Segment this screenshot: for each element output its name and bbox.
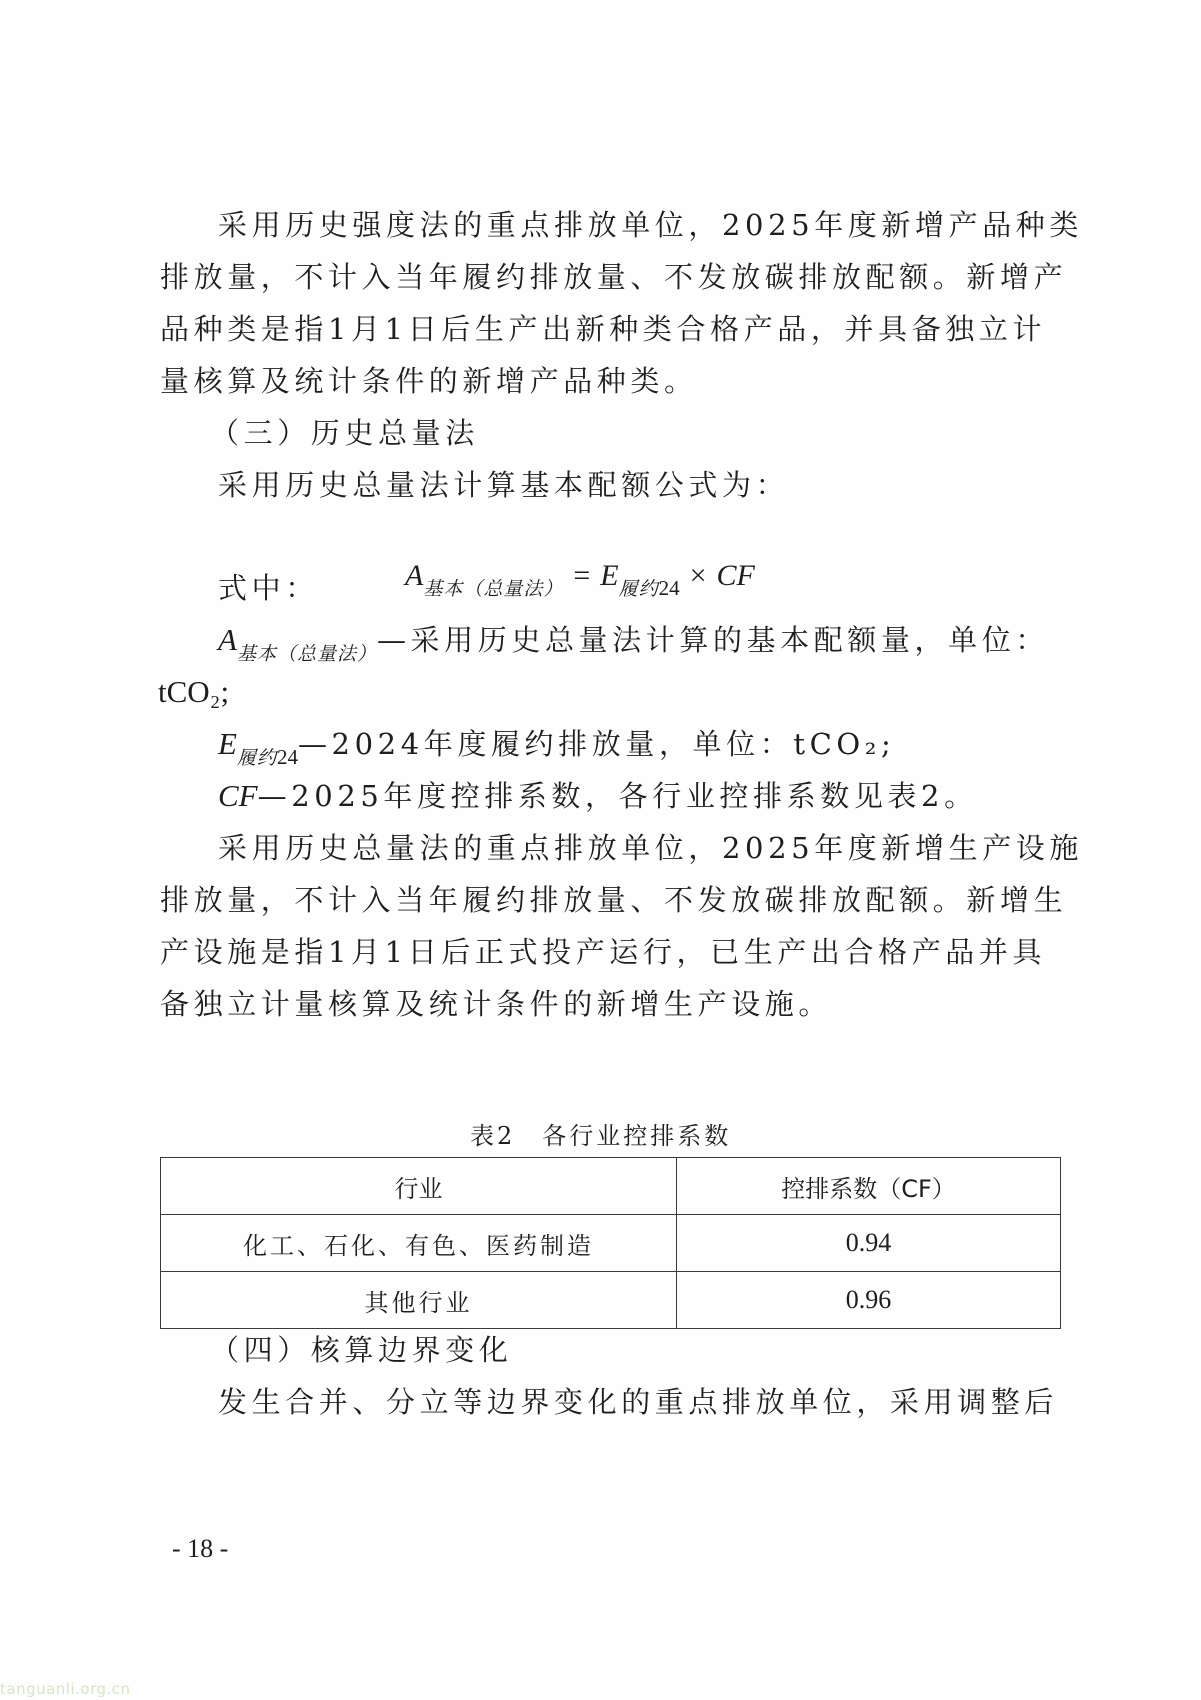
page-number: - 18 -: [172, 1534, 228, 1564]
paragraph1-line3: 品种类是指1月1日后生产出新种类合格产品，并具备独立计: [160, 309, 1046, 349]
definition-e: E履约24—2024年度履约排放量，单位：tCO₂;: [218, 724, 895, 768]
paragraph3-line1: 发生合并、分立等边界变化的重点排放单位，采用调整后: [218, 1382, 1058, 1422]
definition-a-symbol: A: [218, 622, 237, 657]
formula-rhs-e-subscript: 履约: [619, 579, 659, 600]
formula-equals: =: [573, 559, 590, 592]
definition-e-symbol: E: [218, 726, 237, 761]
paragraph1-line2: 排放量，不计入当年履约排放量、不发放碳排放配额。新增产: [160, 257, 1067, 297]
definition-e-subscript-num: 24: [277, 745, 298, 769]
row-cf-value: 0.94: [677, 1215, 1061, 1272]
definition-a-subscript: 基本（总量法）: [237, 643, 377, 665]
formula-rhs-e: E: [600, 559, 618, 592]
paragraph2-line4: 备独立计量核算及统计条件的新增生产设施。: [160, 984, 832, 1024]
formula-lhs: A: [405, 559, 423, 592]
row-industry: 化工、石化、有色、医药制造: [161, 1215, 677, 1272]
row-industry: 其他行业: [161, 1272, 677, 1329]
paragraph2-line1: 采用历史总量法的重点排放单位，2025年度新增生产设施: [218, 828, 1083, 868]
definition-e-text: —2024年度履约排放量，单位：tCO₂;: [298, 727, 895, 761]
table-row: 其他行业 0.96: [161, 1272, 1061, 1329]
definition-a-continuation: tCO₂;: [158, 672, 229, 712]
control-factor-table: 行业 控排系数（CF） 化工、石化、有色、医药制造 0.94 其他行业 0.96: [160, 1157, 1061, 1329]
formula-rhs-cf: CF: [717, 559, 755, 592]
paragraph1-line4: 量核算及统计条件的新增产品种类。: [160, 361, 698, 401]
definition-cf-symbol: CF: [218, 778, 258, 813]
section3-heading: （三）历史总量法: [210, 413, 479, 453]
definition-e-subscript: 履约: [237, 747, 277, 769]
paragraph2-line3: 产设施是指1月1日后正式投产运行，已生产出合格产品并具: [160, 932, 1046, 972]
watermark: tanguanli.org.cn: [0, 1680, 131, 1698]
where-label: 式中：: [218, 568, 319, 608]
table-header-row: 行业 控排系数（CF）: [161, 1158, 1061, 1215]
table-row: 化工、石化、有色、医药制造 0.94: [161, 1215, 1061, 1272]
section4-heading: （四）核算边界变化: [210, 1330, 512, 1370]
formula-intro: 采用历史总量法计算基本配额公式为：: [218, 465, 789, 505]
definition-a: A基本（总量法）—采用历史总量法计算的基本配额量，单位：: [218, 620, 1049, 664]
formula-rhs-e-subscript-num: 24: [659, 576, 680, 600]
row-cf-value: 0.96: [677, 1272, 1061, 1329]
formula-times: ×: [690, 559, 707, 592]
paragraph1-line1: 采用历史强度法的重点排放单位，2025年度新增产品种类: [218, 205, 1083, 245]
header-industry: 行业: [161, 1158, 677, 1215]
allocation-formula: A基本（总量法）=E履约24×CF: [405, 556, 755, 600]
table-caption: 表2 各行业控排系数: [470, 1120, 731, 1152]
formula-lhs-subscript: 基本（总量法）: [423, 579, 563, 600]
definition-a-text: —采用历史总量法计算的基本配额量，单位：: [377, 623, 1049, 657]
definition-cf-text: —2025年度控排系数，各行业控排系数见表2。: [258, 779, 978, 813]
header-cf: 控排系数（CF）: [677, 1158, 1061, 1215]
document-page: 采用历史强度法的重点排放单位，2025年度新增产品种类 排放量，不计入当年履约排…: [0, 0, 1201, 1700]
definition-cf: CF—2025年度控排系数，各行业控排系数见表2。: [218, 776, 978, 816]
paragraph2-line2: 排放量，不计入当年履约排放量、不发放碳排放配额。新增生: [160, 880, 1067, 920]
